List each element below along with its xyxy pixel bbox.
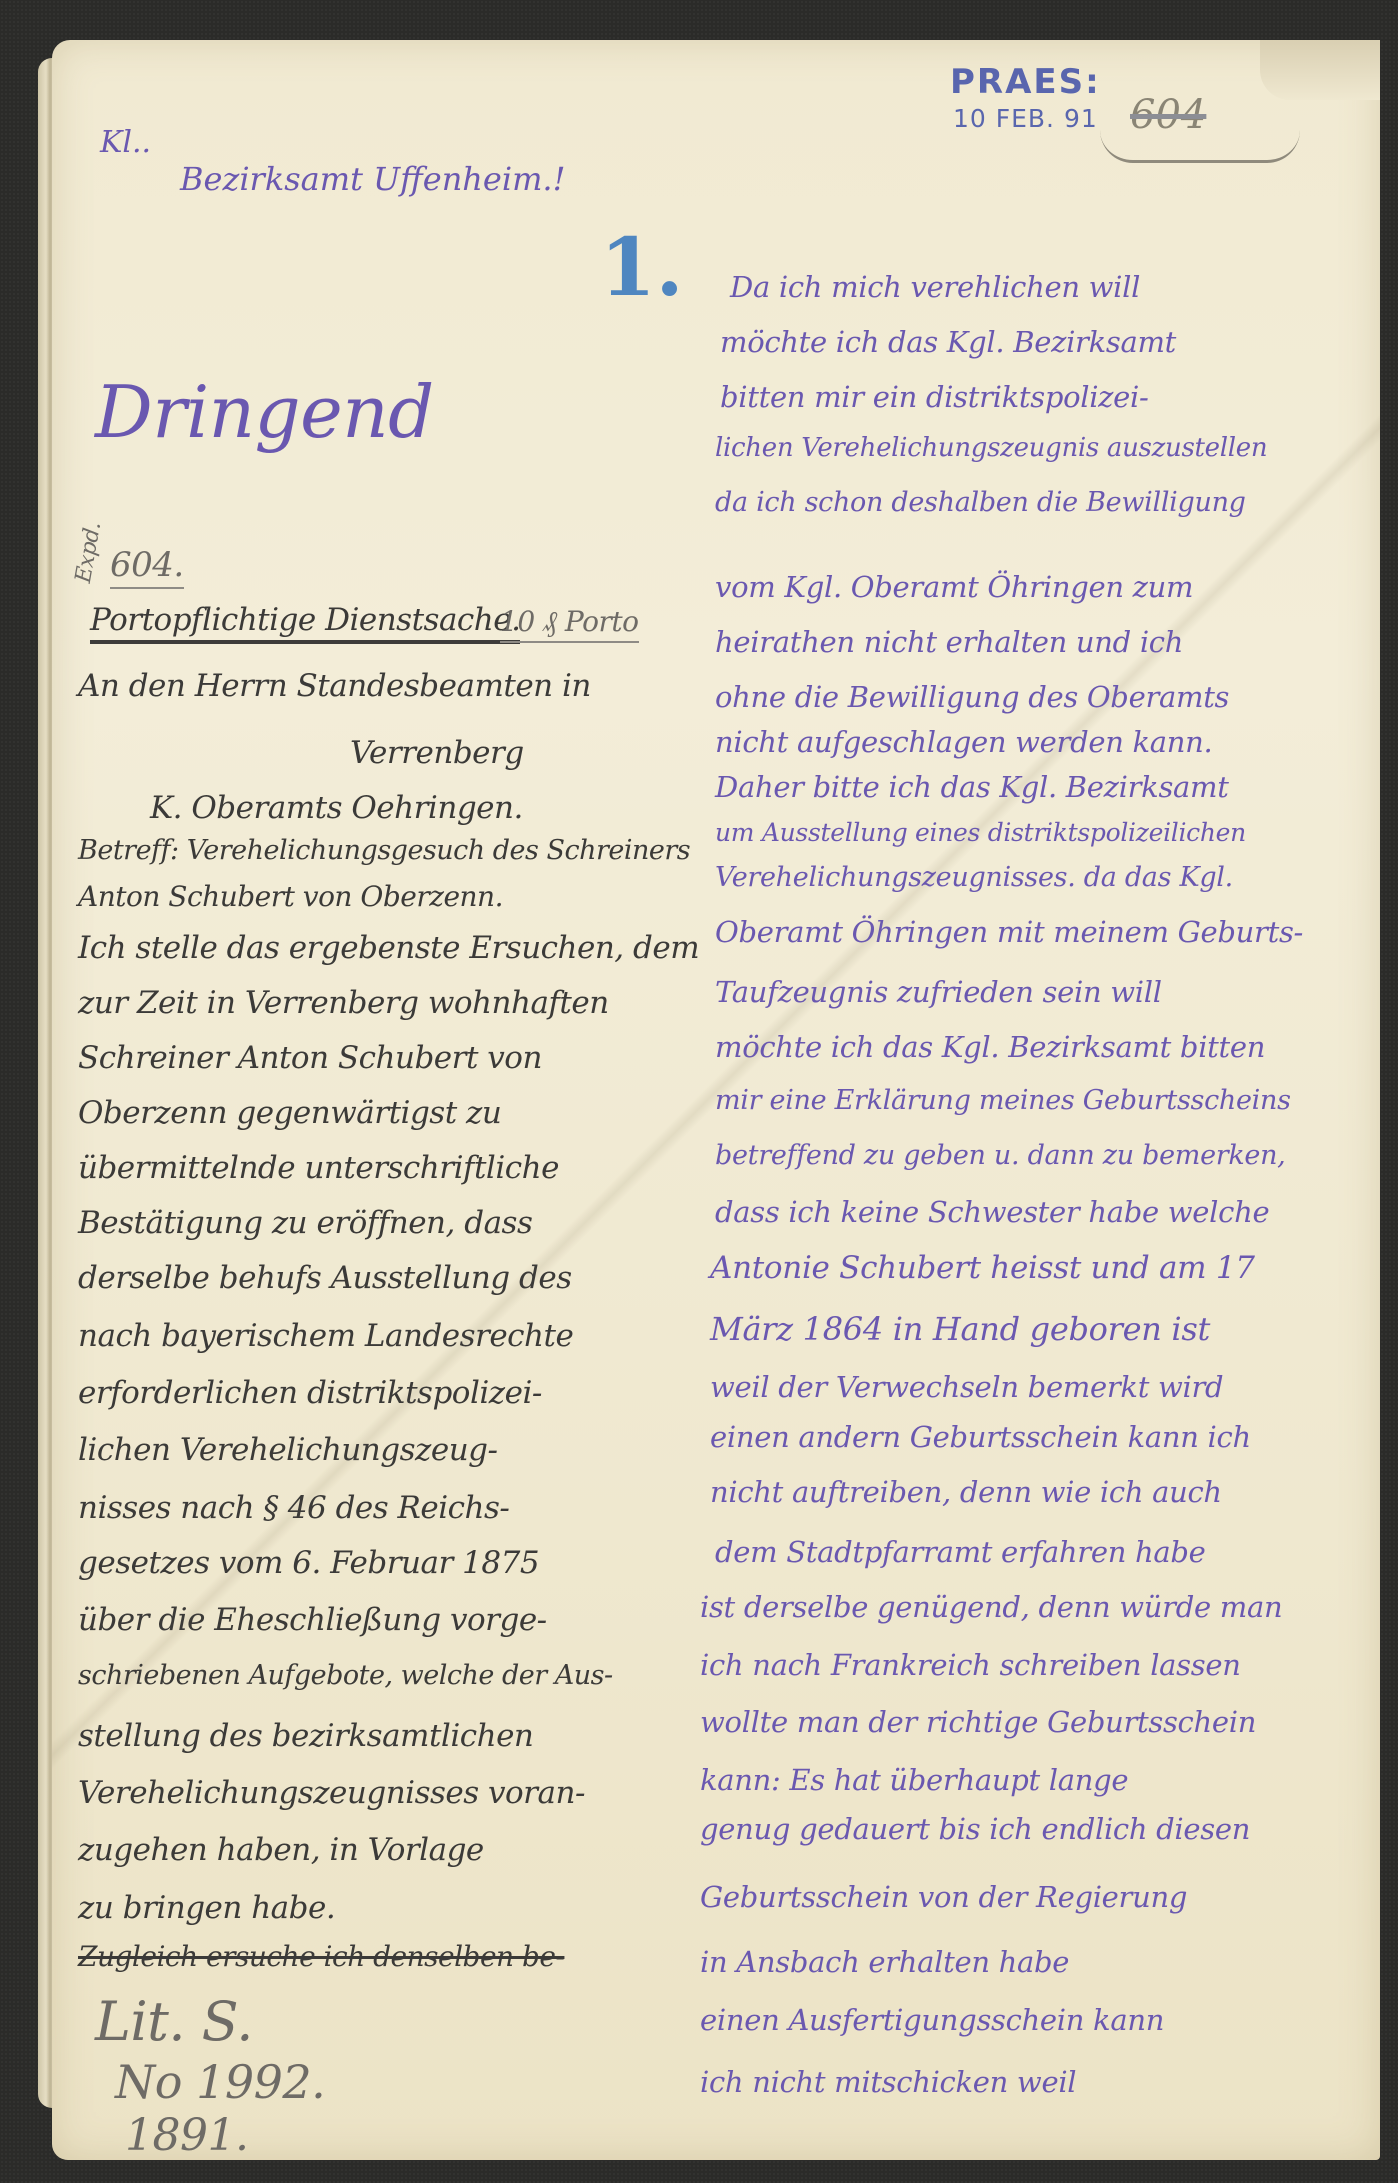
letter-line: ohne die Bewilligung des Oberamts — [715, 680, 1229, 714]
struck-line: Zugleich ersuche ich denselben be- — [78, 1940, 564, 1973]
letter-line: möchte ich das Kgl. Bezirksamt bitten — [715, 1030, 1265, 1064]
letter-line: genug gedauert bis ich endlich diesen — [700, 1812, 1250, 1846]
letter-line: betreffend zu geben u. dann zu bemerken, — [715, 1140, 1285, 1171]
letter-line: heirathen nicht erhalten und ich — [715, 625, 1183, 659]
letter-line: kann: Es hat überhaupt lange — [700, 1763, 1128, 1797]
body-line: Schreiner Anton Schubert von — [78, 1040, 542, 1076]
letter-line: ich nach Frankreich schreiben lassen — [700, 1648, 1241, 1682]
file-reference: 604. — [110, 545, 184, 589]
letter-line: dass ich keine Schwester habe welche — [715, 1195, 1269, 1229]
postage-amount: 10 ₰ Porto — [500, 605, 639, 643]
letter-line: weil der Verwechseln bemerkt wird — [710, 1370, 1223, 1404]
body-line: derselbe behufs Ausstellung des — [78, 1260, 572, 1296]
letter-line: ich nicht mitschicken weil — [700, 2065, 1076, 2099]
body-line: gesetzes vom 6. Februar 1875 — [78, 1545, 539, 1581]
letter-line: nicht aufgeschlagen werden kann. — [715, 725, 1212, 759]
letter-line: Geburtsschein von der Regierung — [700, 1880, 1187, 1914]
postage-line: Portopflichtige Dienstsache. — [90, 602, 520, 644]
body-line: nisses nach § 46 des Reichs- — [78, 1490, 509, 1526]
letter-line: mir eine Erklärung meines Geburtsscheins — [715, 1085, 1291, 1116]
letter-line: nicht auftreiben, denn wie ich auch — [710, 1475, 1222, 1509]
letter-line: dem Stadtpfarramt erfahren habe — [715, 1535, 1205, 1569]
archive-year: 1891. — [125, 2110, 248, 2161]
body-line: Oberzenn gegenwärtigst zu — [78, 1095, 501, 1131]
body-line: stellung des bezirksamtlichen — [78, 1718, 533, 1754]
torn-corner — [1260, 40, 1380, 100]
letter-line: möchte ich das Kgl. Bezirksamt — [720, 325, 1176, 359]
body-line: Verehelichungszeugnisses voran- — [78, 1775, 585, 1811]
body-line: lichen Verehelichungszeug- — [78, 1432, 498, 1468]
body-line: übermittelnde unterschriftliche — [78, 1150, 559, 1186]
body-line: zur Zeit in Verrenberg wohnhaften — [78, 985, 609, 1021]
letter-line: vom Kgl. Oberamt Öhringen zum — [715, 570, 1193, 604]
subject-line-2: Anton Schubert von Oberzenn. — [78, 880, 503, 913]
letter-line: ist derselbe genügend, denn würde man — [700, 1590, 1282, 1624]
body-line: Ich stelle das ergebenste Ersuchen, dem — [78, 930, 699, 966]
body-line: über die Eheschließung vorge- — [78, 1602, 547, 1638]
body-line: zu bringen habe. — [78, 1890, 335, 1926]
letter-line: einen Ausfertigungsschein kann — [700, 2003, 1164, 2037]
letter-line: Da ich mich verehlichen will — [730, 270, 1140, 304]
body-line: schriebenen Aufgebote, welche der Aus- — [78, 1660, 613, 1691]
letter-line: bitten mir ein distriktspolizei- — [720, 380, 1149, 414]
letter-line: Antonie Schubert heisst und am 17 — [710, 1250, 1255, 1286]
archive-number: No 1992. — [115, 2055, 325, 2109]
initials: Kl.. — [100, 125, 151, 160]
received-stamp: PRAES: 10 FEB. 91 — [950, 62, 1101, 133]
letter-line: da ich schon deshalben die Bewilligung — [715, 487, 1246, 518]
letter-line: um Ausstellung eines distriktspolizeilic… — [715, 818, 1246, 847]
addressee: Bezirksamt Uffenheim.! — [180, 160, 565, 198]
letter-line: einen andern Geburtsschein kann ich — [710, 1420, 1251, 1454]
letter-line: wollte man der richtige Geburtsschein — [700, 1705, 1256, 1739]
sequence-number: 1. — [600, 220, 684, 314]
archive-label: Lit. S. — [95, 1990, 253, 2053]
stamp-office: PRAES: — [950, 62, 1101, 102]
body-line: nach bayerischem Landesrechte — [78, 1318, 573, 1354]
recipient-line: An den Herrn Standesbeamten in — [78, 668, 591, 704]
urgency-mark: Dringend — [95, 370, 434, 454]
body-line: zugehen haben, in Vorlage — [78, 1832, 484, 1868]
letter-line: Verehelichungszeugnisses. da das Kgl. — [715, 862, 1233, 893]
recipient-district: K. Oberamts Oehringen. — [150, 790, 523, 826]
letter-line: Taufzeugnis zufrieden sein will — [715, 975, 1162, 1009]
letter-line: lichen Verehelichungszeugnis auszustelle… — [715, 433, 1267, 463]
pencil-flourish — [1100, 130, 1300, 163]
letter-line: in Ansbach erhalten habe — [700, 1945, 1069, 1979]
body-line: erforderlichen distriktspolizei- — [78, 1375, 542, 1411]
subject-line-1: Betreff: Verehelichungsgesuch des Schrei… — [78, 835, 690, 866]
letter-line: Oberamt Öhringen mit meinem Geburts- — [715, 915, 1303, 949]
body-line: Bestätigung zu eröffnen, dass — [78, 1205, 532, 1241]
recipient-city: Verrenberg — [350, 735, 524, 771]
letter-line: März 1864 in Hand geboren ist — [710, 1310, 1210, 1348]
stamp-date: 10 FEB. 91 — [950, 104, 1101, 133]
letter-line: Daher bitte ich das Kgl. Bezirksamt — [715, 770, 1229, 804]
